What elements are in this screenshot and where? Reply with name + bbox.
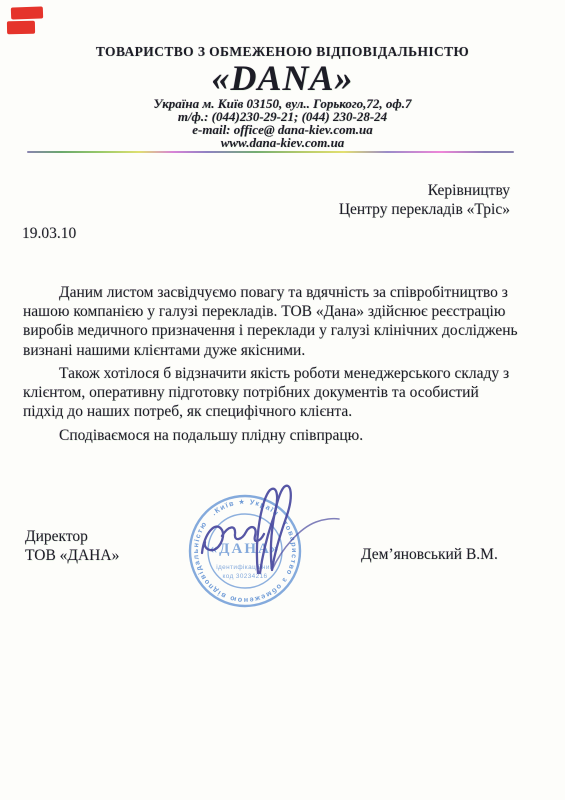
letter-date: 19.03.10 xyxy=(22,225,76,243)
body-paragraph-3: Сподіваємося на подальшу плідну співпрац… xyxy=(23,426,520,445)
letterhead-divider xyxy=(27,151,514,153)
signer-title-line1: Директор xyxy=(25,527,119,546)
red-corner-mark xyxy=(7,21,35,34)
signer-title-line2: ТОВ «ДАНА» xyxy=(25,546,119,565)
recipient-block: Керівництву Центру перекладів «Тріс» xyxy=(339,181,510,219)
company-name: «DANA» xyxy=(0,57,565,99)
director-signature-ink xyxy=(188,478,348,588)
recipient-line2: Центру перекладів «Тріс» xyxy=(339,200,510,219)
recipient-line1: Керівництву xyxy=(339,181,510,200)
scanned-letter-page: ТОВАРИСТВО З ОБМЕЖЕНОЮ ВІДПОВІДАЛЬНІСТЮ … xyxy=(0,0,565,800)
signer-title-block: Директор ТОВ «ДАНА» xyxy=(25,527,119,565)
signer-name: Дем’яновський В.М. xyxy=(361,546,498,564)
body-paragraph-1: Даним листом засвідчуємо повагу та вдячн… xyxy=(23,283,520,360)
red-corner-mark xyxy=(11,6,43,19)
body-paragraph-2: Також хотілося б відзначити якість робот… xyxy=(23,364,520,422)
company-website: www.dana-kiev.com.ua xyxy=(0,136,565,149)
